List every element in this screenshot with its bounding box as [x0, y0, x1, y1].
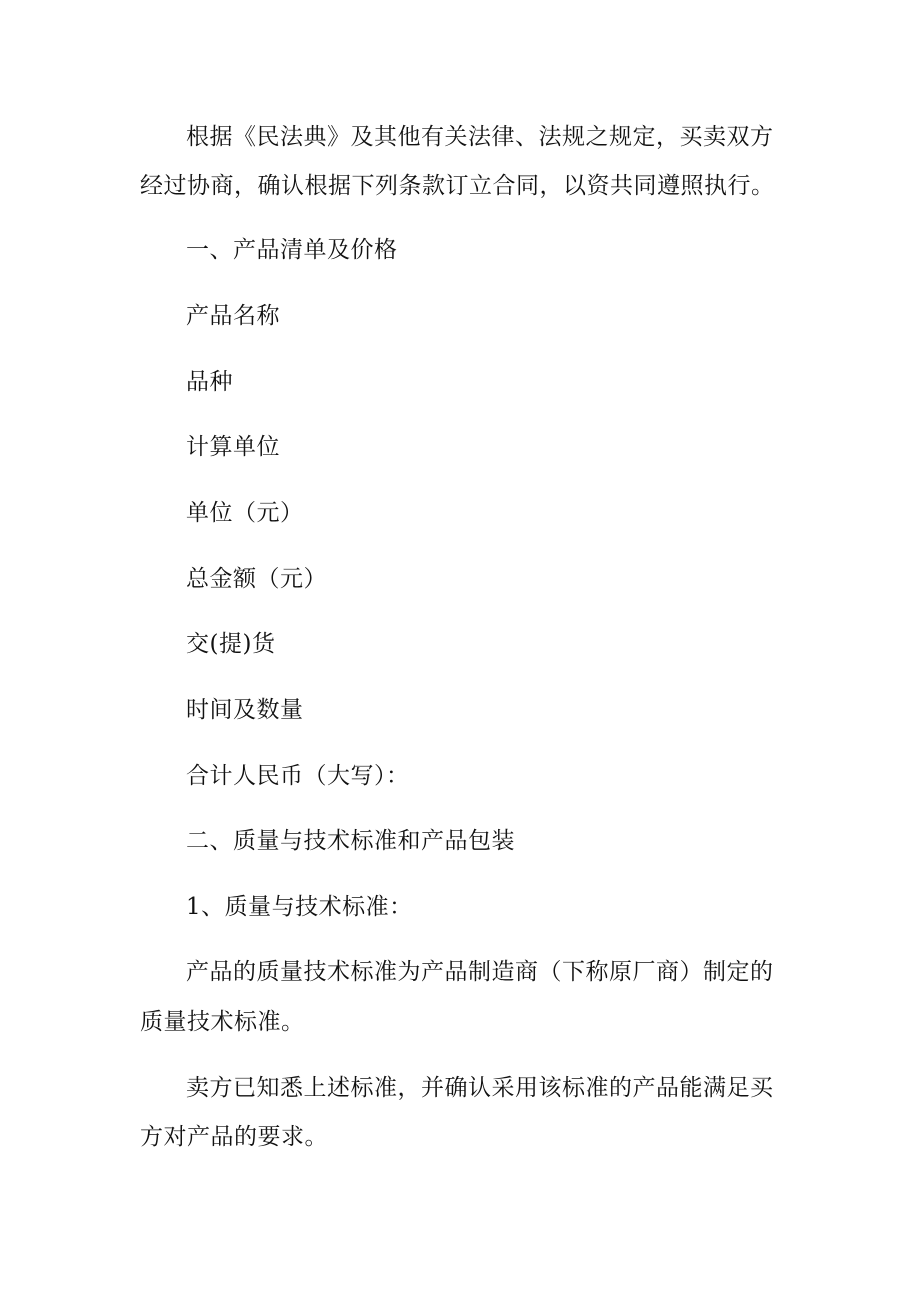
seller-line-2: 方对产品的要求。 — [140, 1121, 328, 1153]
field-unit: 计算单位 — [186, 431, 280, 463]
field-product-name: 产品名称 — [186, 300, 280, 332]
section-heading-1: 一、产品清单及价格 — [186, 234, 398, 266]
subheading-1: 1、质量与技术标准： — [186, 891, 413, 923]
document-page: 根据《民法典》及其他有关法律、法规之规定，买卖双方 经过协商，确认根据下列条款订… — [0, 0, 920, 1302]
field-variety: 品种 — [186, 366, 233, 398]
preamble-line-1: 根据《民法典》及其他有关法律、法规之规定，买卖双方 — [186, 121, 774, 153]
quality-line-1: 产品的质量技术标准为产品制造商（下称原厂商）制定的 — [186, 956, 774, 988]
quality-line-2: 质量技术标准。 — [140, 1006, 305, 1038]
section-heading-2: 二、质量与技术标准和产品包装 — [186, 825, 515, 857]
field-time-qty: 时间及数量 — [186, 694, 304, 726]
preamble-line-2: 经过协商，确认根据下列条款订立合同，以资共同遵照执行。 — [140, 170, 775, 202]
field-sum-rmb: 合计人民币（大写）： — [186, 760, 410, 792]
field-unit-price: 单位（元） — [186, 497, 304, 529]
seller-line-1: 卖方已知悉上述标准，并确认采用该标准的产品能满足买 — [186, 1072, 774, 1104]
field-total: 总金额（元） — [186, 563, 327, 595]
field-delivery: 交(提)货 — [186, 628, 275, 660]
